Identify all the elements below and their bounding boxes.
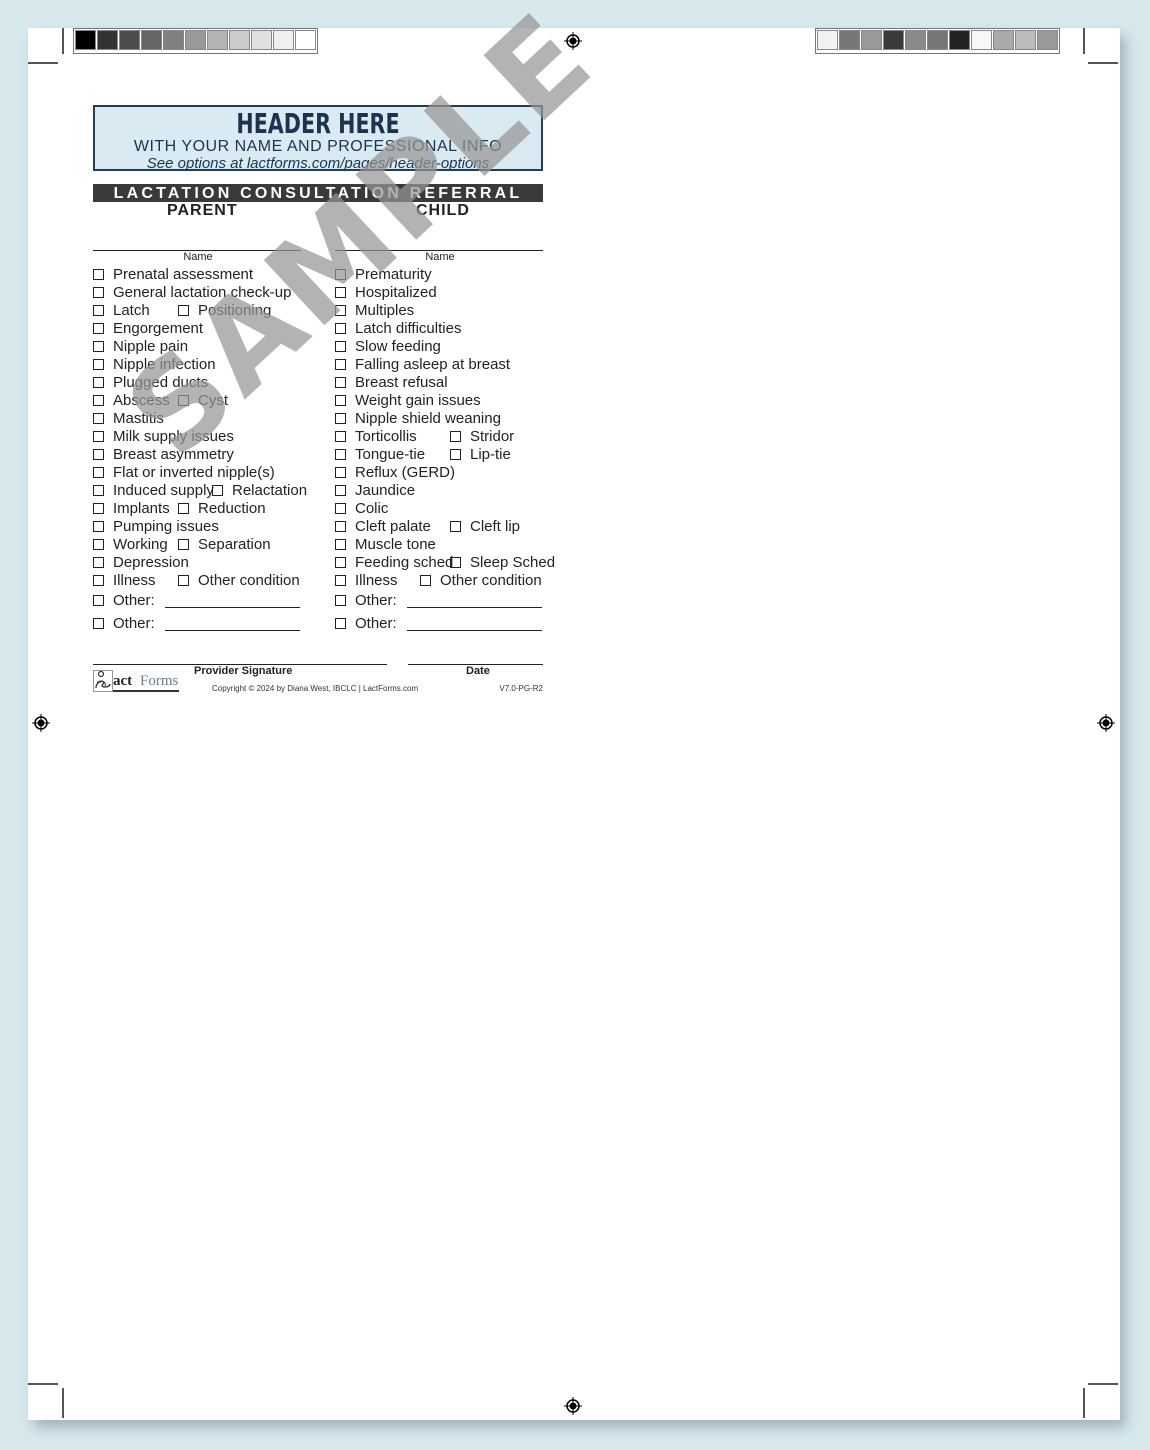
checklist-item-label: Multiples — [355, 302, 414, 319]
registration-mark-icon — [564, 32, 582, 50]
checklist-item-label: Other condition — [440, 572, 542, 589]
checklist-subitem: Reduction — [178, 500, 266, 517]
checklist-item-label: Working — [113, 536, 168, 553]
form-title-bar: LACTATION CONSULTATION REFERRAL — [93, 184, 543, 202]
checkbox[interactable] — [93, 575, 104, 586]
child-column: Name PrematurityHospitalizedMultiplesLat… — [335, 250, 545, 635]
checkbox[interactable] — [335, 413, 346, 424]
checkbox[interactable] — [335, 575, 346, 586]
checklist-item-label: Implants — [113, 500, 170, 517]
color-swatch — [949, 30, 970, 50]
checklist-item: IllnessOther condition — [335, 571, 545, 589]
checklist-item-label: Cleft palate — [355, 518, 431, 535]
checklist-item: Plugged ducts — [93, 373, 303, 391]
mother-child-logo-icon — [93, 670, 113, 692]
checklist-item-label: Prematurity — [355, 266, 432, 283]
version-text: V7.0-PG-R2 — [499, 684, 543, 693]
checkbox[interactable] — [178, 395, 189, 406]
checklist-item-label: Muscle tone — [355, 536, 436, 553]
checklist-item: Induced supplyRelactation — [93, 481, 303, 499]
checkbox[interactable] — [93, 305, 104, 316]
checklist-item: Weight gain issues — [335, 391, 545, 409]
checklist-item: Nipple pain — [93, 337, 303, 355]
checklist-item-label: Mastitis — [113, 410, 164, 427]
color-swatch — [185, 30, 206, 50]
checklist-subitem: Sleep Sched — [450, 554, 555, 571]
date-label: Date — [466, 665, 490, 677]
checklist-item: Latch difficulties — [335, 319, 545, 337]
checkbox[interactable] — [178, 539, 189, 550]
checklist-subitem: Cyst — [178, 392, 228, 409]
checklist-item-label: Weight gain issues — [355, 392, 481, 409]
checkbox[interactable] — [450, 521, 461, 532]
checkbox[interactable] — [450, 431, 461, 442]
column-headers: PARENT CHILD — [93, 202, 543, 224]
other-text-field[interactable] — [165, 616, 300, 631]
color-swatch — [993, 30, 1014, 50]
checkbox[interactable] — [335, 618, 346, 629]
checklist-item: Colic — [335, 499, 545, 517]
checklist-item-label: General lactation check-up — [113, 284, 291, 301]
checklist-item-label: Relactation — [232, 482, 307, 499]
checklist-item-label: Colic — [355, 500, 388, 517]
color-swatch — [295, 30, 316, 50]
checklist-item-label: Illness — [113, 572, 156, 589]
checkbox[interactable] — [93, 269, 104, 280]
checkbox[interactable] — [93, 413, 104, 424]
color-swatch — [817, 30, 838, 50]
form-footer: Provider Signature Date act Forms Copyri… — [93, 664, 543, 700]
header-title: HEADER HERE — [135, 107, 501, 139]
checklist-item-label: Lip-tie — [470, 446, 511, 463]
checklist-subitem: Stridor — [450, 428, 514, 445]
color-swatch — [861, 30, 882, 50]
color-swatch — [1037, 30, 1058, 50]
color-swatch — [207, 30, 228, 50]
print-page — [28, 28, 1120, 1420]
checkbox[interactable] — [93, 449, 104, 460]
checklist-subitem: Other condition — [420, 572, 542, 589]
child-heading: CHILD — [416, 202, 470, 220]
checkbox[interactable] — [335, 341, 346, 352]
checklist-item-label: Nipple shield weaning — [355, 410, 501, 427]
checklist-item: WorkingSeparation — [93, 535, 303, 553]
checklist-item-label: Jaundice — [355, 482, 415, 499]
checkbox[interactable] — [335, 485, 346, 496]
checklist-item: ImplantsReduction — [93, 499, 303, 517]
checkbox[interactable] — [335, 539, 346, 550]
checkbox[interactable] — [450, 557, 461, 568]
checklist-item-label: Slow feeding — [355, 338, 441, 355]
checklist-item: Prematurity — [335, 265, 545, 283]
checklist-item: IllnessOther condition — [93, 571, 303, 589]
checklist-item-label: Engorgement — [113, 320, 203, 337]
checkbox[interactable] — [93, 618, 104, 629]
checklist-item-label: Prenatal assessment — [113, 266, 253, 283]
checkbox[interactable] — [335, 557, 346, 568]
parent-name-label: Name — [93, 251, 303, 265]
checkbox[interactable] — [93, 341, 104, 352]
checklist-item: Pumping issues — [93, 517, 303, 535]
checkbox[interactable] — [335, 395, 346, 406]
checklist-item-label: Sleep Sched — [470, 554, 555, 571]
crop-mark — [62, 28, 64, 54]
other-label: Other: — [113, 615, 155, 632]
checkbox[interactable] — [335, 449, 346, 460]
crop-mark — [1088, 62, 1118, 64]
checklist-item: Slow feeding — [335, 337, 545, 355]
other-label: Other: — [355, 592, 397, 609]
checkbox[interactable] — [93, 359, 104, 370]
checklist-item-label: Nipple pain — [113, 338, 188, 355]
checklist-item: Feeding schedSleep Sched — [335, 553, 545, 571]
checkbox[interactable] — [420, 575, 431, 586]
checkbox[interactable] — [178, 305, 189, 316]
checklist-item-label: Flat or inverted nipple(s) — [113, 464, 275, 481]
checklist-item-label: Cyst — [198, 392, 228, 409]
checklist-item: Tongue-tieLip-tie — [335, 445, 545, 463]
color-swatch — [839, 30, 860, 50]
signature-label: Provider Signature — [194, 665, 292, 677]
color-swatch — [273, 30, 294, 50]
registration-mark-icon — [1097, 714, 1115, 732]
checklist-item: Breast refusal — [335, 373, 545, 391]
checkbox[interactable] — [93, 539, 104, 550]
checklist-item: General lactation check-up — [93, 283, 303, 301]
checkbox[interactable] — [335, 305, 346, 316]
checklist-item-label: Separation — [198, 536, 271, 553]
checklist-item-label: Reflux (GERD) — [355, 464, 455, 481]
child-name-label: Name — [335, 251, 545, 265]
copyright-text: Copyright © 2024 by Diana West, IBCLC | … — [212, 684, 418, 693]
checklist-item-label: Tongue-tie — [355, 446, 425, 463]
other-label: Other: — [113, 592, 155, 609]
checklist-item-label: Torticollis — [355, 428, 417, 445]
checklist-item: Breast asymmetry — [93, 445, 303, 463]
checkbox[interactable] — [178, 575, 189, 586]
checklist-item-label: Feeding sched — [355, 554, 453, 571]
checklist-item: Engorgement — [93, 319, 303, 337]
color-swatch — [229, 30, 250, 50]
checklist-item: Prenatal assessment — [93, 265, 303, 283]
color-swatch — [75, 30, 96, 50]
color-swatch — [119, 30, 140, 50]
checklist-item: Milk supply issues — [93, 427, 303, 445]
checkbox[interactable] — [335, 595, 346, 606]
checklist-subitem: Separation — [178, 536, 271, 553]
checkbox[interactable] — [93, 323, 104, 334]
checklist-item-label: Positioning — [198, 302, 271, 319]
other-text-field[interactable] — [407, 616, 542, 631]
checklist-item-label: Stridor — [470, 428, 514, 445]
checklist-subitem: Cleft lip — [450, 518, 520, 535]
checklist-item: Depression — [93, 553, 303, 571]
checklist-item: TorticollisStridor — [335, 427, 545, 445]
checkbox[interactable] — [450, 449, 461, 460]
other-text-field[interactable] — [407, 593, 542, 608]
color-swatch — [251, 30, 272, 50]
color-swatch — [141, 30, 162, 50]
header-subtitle: WITH YOUR NAME AND PROFESSIONAL INFO — [95, 139, 541, 155]
checkbox[interactable] — [93, 503, 104, 514]
other-item: Other: — [93, 589, 303, 612]
checklist-item-label: Plugged ducts — [113, 374, 208, 391]
crop-mark — [28, 1383, 58, 1385]
color-swatch — [971, 30, 992, 50]
lactforms-logo: act Forms — [93, 670, 181, 692]
checkbox[interactable] — [335, 377, 346, 388]
checklist-item-label: Pumping issues — [113, 518, 219, 535]
checklist-item: Jaundice — [335, 481, 545, 499]
other-item: Other: — [335, 589, 545, 612]
checklist-subitem: Relactation — [212, 482, 307, 499]
checkbox[interactable] — [93, 521, 104, 532]
checkbox[interactable] — [335, 323, 346, 334]
checkbox[interactable] — [93, 595, 104, 606]
checklist-subitem: Positioning — [178, 302, 271, 319]
header-options-link: See options at lactforms.com/pages/heade… — [95, 155, 541, 172]
crop-mark — [28, 62, 58, 64]
checkbox[interactable] — [335, 359, 346, 370]
checklist-item: Flat or inverted nipple(s) — [93, 463, 303, 481]
checklist-item-label: Cleft lip — [470, 518, 520, 535]
checklist-item-label: Falling asleep at breast — [355, 356, 510, 373]
logo-text-forms: Forms — [140, 673, 178, 690]
checklist-item-label: Depression — [113, 554, 189, 571]
other-label: Other: — [355, 615, 397, 632]
checklist-item-label: Latch difficulties — [355, 320, 461, 337]
parent-checklist: Prenatal assessmentGeneral lactation che… — [93, 265, 303, 635]
checkbox[interactable] — [178, 503, 189, 514]
color-swatch — [927, 30, 948, 50]
checkbox[interactable] — [93, 377, 104, 388]
checklist-item-label: Abscess — [113, 392, 170, 409]
checklist-item: Multiples — [335, 301, 545, 319]
header-box: HEADER HERE WITH YOUR NAME AND PROFESSIO… — [93, 105, 543, 171]
checkbox[interactable] — [93, 395, 104, 406]
checkbox[interactable] — [335, 467, 346, 478]
checklist-item: Muscle tone — [335, 535, 545, 553]
crop-mark — [1083, 1388, 1085, 1418]
checklist-item: Nipple infection — [93, 355, 303, 373]
color-swatch — [163, 30, 184, 50]
color-calibration-bar-left — [73, 28, 318, 54]
checkbox[interactable] — [212, 485, 223, 496]
crop-mark — [62, 1388, 64, 1418]
checklist-item-label: Induced supply — [113, 482, 214, 499]
color-calibration-bar-right — [815, 28, 1060, 54]
checklist-item: Cleft palateCleft lip — [335, 517, 545, 535]
checkbox[interactable] — [93, 287, 104, 298]
checklist-item: AbscessCyst — [93, 391, 303, 409]
checklist-item-label: Breast refusal — [355, 374, 448, 391]
registration-mark-icon — [564, 1397, 582, 1415]
checklist-item-label: Illness — [355, 572, 398, 589]
checklist-item-label: Milk supply issues — [113, 428, 234, 445]
parent-column: Name Prenatal assessmentGeneral lactatio… — [93, 250, 303, 635]
checkbox[interactable] — [335, 521, 346, 532]
parent-heading: PARENT — [167, 202, 238, 220]
checklist-item-label: Nipple infection — [113, 356, 216, 373]
checklist-item: Hospitalized — [335, 283, 545, 301]
checklist-item: LatchPositioning — [93, 301, 303, 319]
checkbox[interactable] — [335, 269, 346, 280]
checklist-item: Reflux (GERD) — [335, 463, 545, 481]
checkbox[interactable] — [93, 485, 104, 496]
logo-underline — [113, 690, 179, 692]
checklist-subitem: Other condition — [178, 572, 300, 589]
referral-form: HEADER HERE WITH YOUR NAME AND PROFESSIO… — [93, 105, 543, 224]
checklist-item-label: Breast asymmetry — [113, 446, 234, 463]
other-item: Other: — [93, 612, 303, 635]
logo-text-act: act — [113, 673, 132, 690]
checkbox[interactable] — [335, 503, 346, 514]
color-swatch — [97, 30, 118, 50]
checklist-subitem: Lip-tie — [450, 446, 511, 463]
checklist-item-label: Other condition — [198, 572, 300, 589]
checklist-item: Mastitis — [93, 409, 303, 427]
other-item: Other: — [335, 612, 545, 635]
checklist-item-label: Latch — [113, 302, 150, 319]
checklist-item: Falling asleep at breast — [335, 355, 545, 373]
other-text-field[interactable] — [165, 593, 300, 608]
color-swatch — [905, 30, 926, 50]
checkbox[interactable] — [93, 557, 104, 568]
checklist-item: Nipple shield weaning — [335, 409, 545, 427]
crop-mark — [1088, 1383, 1118, 1385]
checkbox[interactable] — [93, 467, 104, 478]
color-swatch — [883, 30, 904, 50]
color-swatch — [1015, 30, 1036, 50]
registration-mark-icon — [32, 714, 50, 732]
checkbox[interactable] — [335, 431, 346, 442]
child-checklist: PrematurityHospitalizedMultiplesLatch di… — [335, 265, 545, 635]
crop-mark — [1083, 28, 1085, 54]
checkbox[interactable] — [93, 431, 104, 442]
checklist-item-label: Hospitalized — [355, 284, 437, 301]
checkbox[interactable] — [335, 287, 346, 298]
checklist-item-label: Reduction — [198, 500, 266, 517]
